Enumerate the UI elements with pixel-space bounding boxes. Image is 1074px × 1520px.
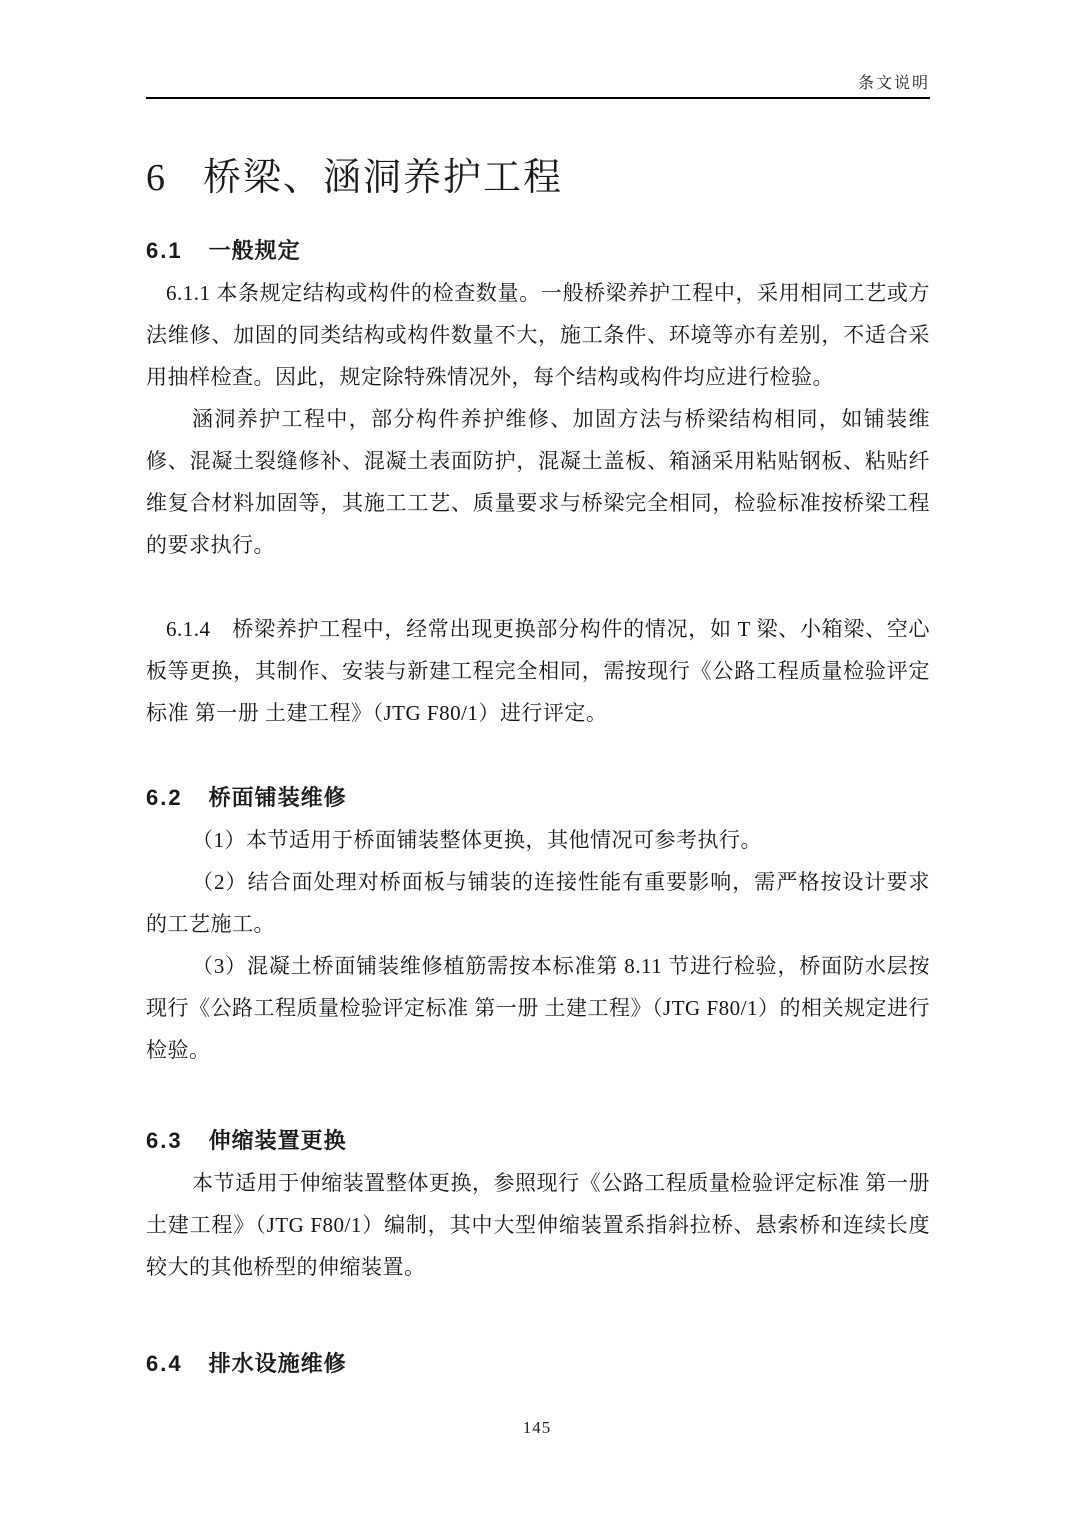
chapter-number: 6 (146, 157, 167, 199)
chapter-name: 桥梁、涵洞养护工程 (203, 157, 563, 199)
clause-paragraph: 6.1.1 本条规定结构或构件的检查数量。一般桥梁养护工程中，采用相同工艺或方法… (146, 272, 930, 398)
body-paragraph: 涵洞养护工程中，部分构件养护维修、加固方法与桥梁结构相同，如铺装维修、混凝土裂缝… (146, 398, 930, 566)
section-number: 6.1 (146, 238, 183, 263)
section-deck-pavement-repair: 6.2桥面铺装维修 （1）本节适用于桥面铺装整体更换，其他情况可参考执行。 （2… (146, 784, 930, 1071)
list-item-paragraph: （3）混凝土桥面铺装维修植筋需按本标准第 8.11 节进行检验，桥面防水层按现行… (146, 945, 930, 1071)
section-general-provisions: 6.1一般规定 6.1.1 本条规定结构或构件的检查数量。一般桥梁养护工程中，采… (146, 237, 930, 734)
page-content: 条文说明 6桥梁、涵洞养护工程 6.1一般规定 6.1.1 本条规定结构或构件的… (0, 0, 1074, 1378)
header-label: 条文说明 (858, 75, 930, 92)
section-title: 桥面铺装维修 (209, 785, 347, 810)
section-heading: 6.4排水设施维修 (146, 1350, 930, 1378)
clause-paragraph: 6.1.4 桥梁养护工程中，经常出现更换部分构件的情况，如 T 梁、小箱梁、空心… (146, 608, 930, 734)
page-header: 条文说明 (146, 0, 930, 99)
section-drainage-facility-repair: 6.4排水设施维修 (146, 1350, 930, 1378)
section-heading: 6.2桥面铺装维修 (146, 784, 930, 812)
section-number: 6.2 (146, 785, 183, 810)
section-number: 6.4 (146, 1351, 183, 1376)
section-title: 一般规定 (209, 238, 301, 263)
chapter-title: 6桥梁、涵洞养护工程 (146, 155, 930, 201)
page-number: 145 (523, 1418, 552, 1437)
section-title: 伸缩装置更换 (209, 1128, 347, 1153)
list-item-paragraph: （2）结合面处理对桥面板与铺装的连接性能有重要影响，需严格按设计要求的工艺施工。 (146, 861, 930, 945)
section-title: 排水设施维修 (209, 1351, 347, 1376)
page-footer: 145 (0, 1418, 1074, 1438)
document-page: 条文说明 6桥梁、涵洞养护工程 6.1一般规定 6.1.1 本条规定结构或构件的… (0, 0, 1074, 1520)
body-paragraph: 本节适用于伸缩装置整体更换，参照现行《公路工程质量检验评定标准 第一册 土建工程… (146, 1162, 930, 1288)
list-item-paragraph: （1）本节适用于桥面铺装整体更换，其他情况可参考执行。 (146, 819, 930, 861)
section-number: 6.3 (146, 1128, 183, 1153)
section-expansion-joint-replacement: 6.3伸缩装置更换 本节适用于伸缩装置整体更换，参照现行《公路工程质量检验评定标… (146, 1127, 930, 1288)
section-heading: 6.1一般规定 (146, 237, 930, 265)
section-heading: 6.3伸缩装置更换 (146, 1127, 930, 1155)
